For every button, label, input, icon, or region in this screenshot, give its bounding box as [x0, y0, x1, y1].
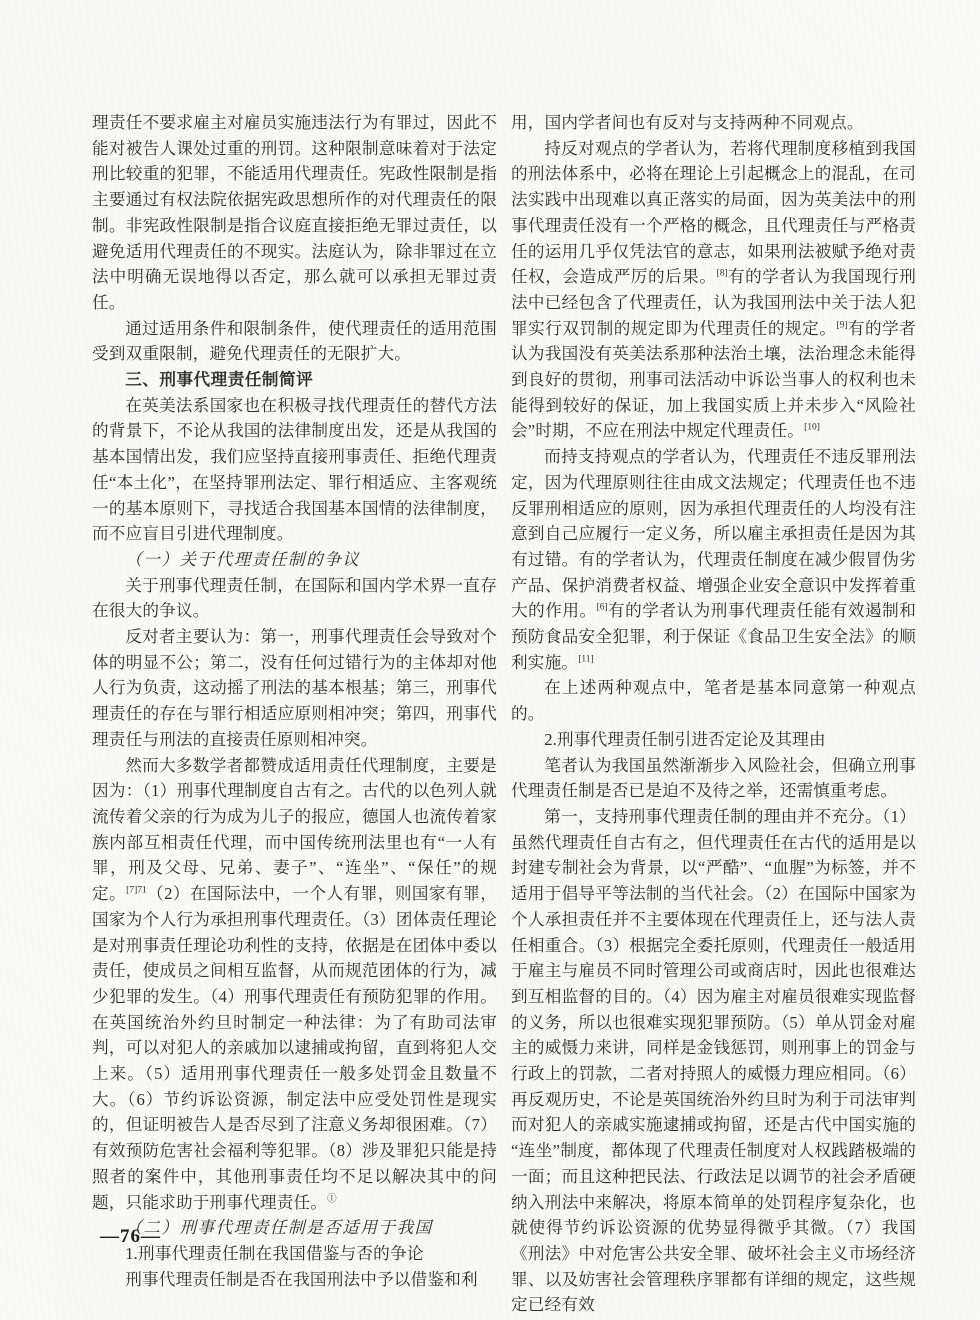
- body-paragraph: 而持支持观点的学者认为，代理责任不违反罪刑法定，因为代理原则往往由成文法规定；代…: [511, 444, 916, 675]
- right-column: 用，国内学者间也有反对与支持两种不同观点。持反对观点的学者认为，若将代理制度移植…: [511, 110, 916, 1318]
- body-paragraph: 关于刑事代理责任制，在国际和国内学术界一直存在很大的争议。: [92, 573, 497, 624]
- left-column: 理责任不要求雇主对雇员实施违法行为有罪过，因此不能对被告人课处过重的刑罚。这种限…: [92, 110, 497, 1318]
- body-paragraph: 用，国内学者间也有反对与支持两种不同观点。: [511, 110, 916, 136]
- body-paragraph: 持反对观点的学者认为，若将代理制度移植到我国的刑法体系中，必将在理论上引起概念上…: [511, 136, 916, 444]
- body-paragraph: 反对者主要认为：第一，刑事代理责任会导致对个体的明显不公；第二，没有任何过错行为…: [92, 624, 497, 753]
- page-number: —76—: [100, 1226, 161, 1248]
- footnote-reference: [10]: [804, 423, 820, 433]
- section-heading: （一）关于代理责任制的争议: [92, 547, 497, 573]
- body-paragraph: 通过适用条件和限制条件，使代理责任的适用范围受到双重限制，避免代理责任的无限扩大…: [92, 316, 497, 367]
- footnote-reference: [8]: [717, 269, 728, 279]
- body-paragraph: 然而大多数学者都赞成适用责任代理制度，主要是因为：（1）刑事代理制度自古有之。古…: [92, 753, 497, 1216]
- body-paragraph: 刑事代理责任制是否在我国刑法中予以借鉴和利: [92, 1267, 497, 1293]
- footnote-reference: [9]: [836, 320, 847, 330]
- footnote-reference: [6]: [597, 603, 608, 613]
- scanned-document-page: 理责任不要求雇主对雇员实施违法行为有罪过，因此不能对被告人课处过重的刑罚。这种限…: [0, 0, 980, 1320]
- section-heading: 三、刑事代理责任制简评: [92, 367, 497, 393]
- footnote-reference: [11]: [578, 654, 593, 664]
- body-paragraph: 理责任不要求雇主对雇员实施违法行为有罪过，因此不能对被告人课处过重的刑罚。这种限…: [92, 110, 497, 316]
- body-paragraph: 在上述两种观点中，笔者是基本同意第一种观点的。: [511, 675, 916, 726]
- body-paragraph: 笔者认为我国虽然渐渐步入风险社会，但确立刑事代理责任制是否已是迫不及待之举，还需…: [511, 753, 916, 804]
- footnote-reference: ①: [327, 1194, 337, 1204]
- body-paragraph: 在英美法系国家也在积极寻找代理责任的替代方法的背景下，不论从我国的法律制度出发，…: [92, 393, 497, 547]
- body-paragraph: 2.刑事代理责任制引进否定论及其理由: [511, 727, 916, 753]
- footnote-reference: [7]71: [126, 886, 147, 896]
- two-column-text-block: 理责任不要求雇主对雇员实施违法行为有罪过，因此不能对被告人课处过重的刑罚。这种限…: [92, 110, 916, 1318]
- body-paragraph: 第一，支持刑事代理责任制的理由并不充分。（1）虽然代理责任自古有之，但代理责任在…: [511, 804, 916, 1318]
